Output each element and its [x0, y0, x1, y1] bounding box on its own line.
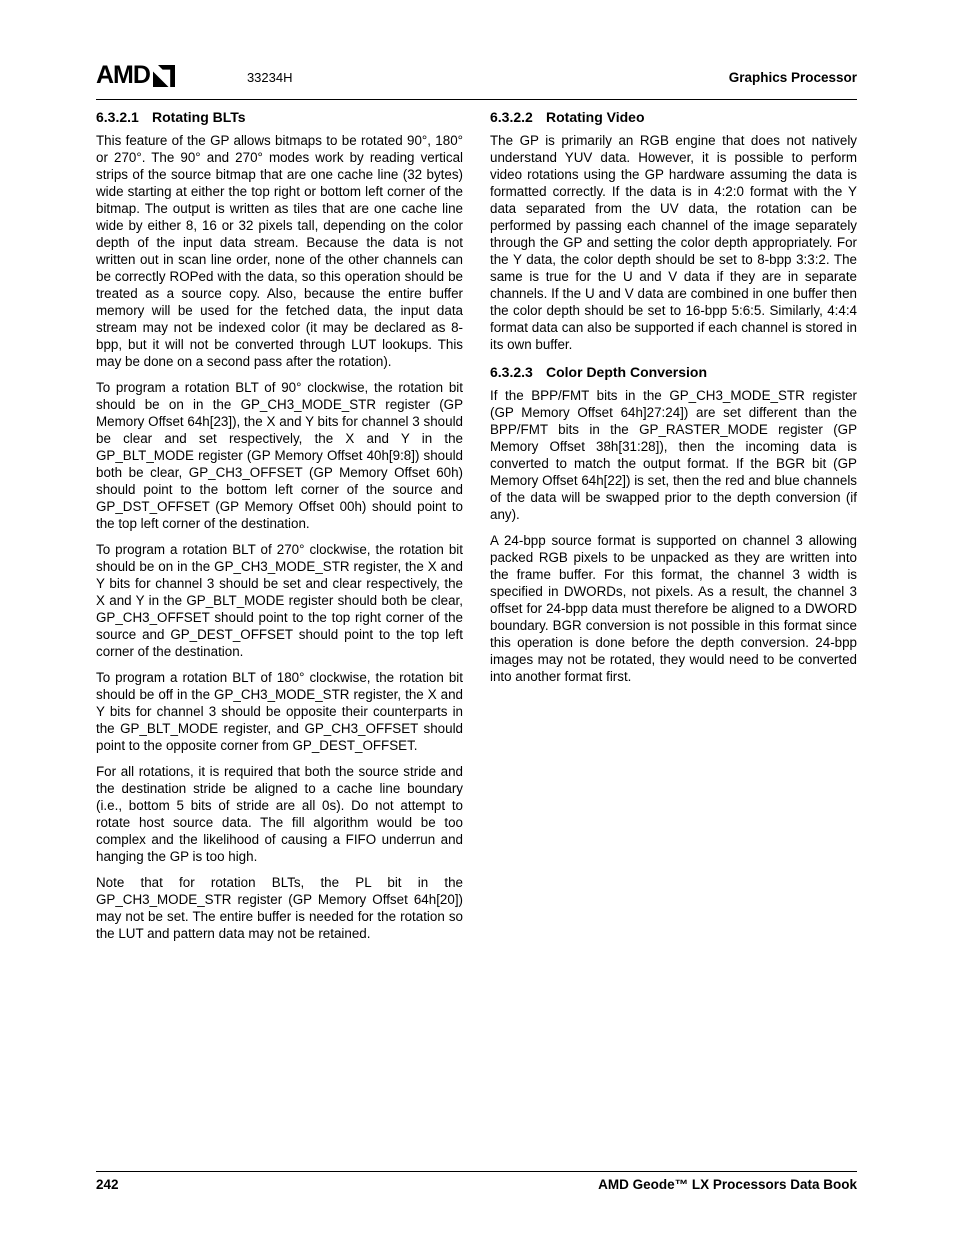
paragraph: The GP is primarily an RGB engine that d…: [490, 132, 857, 353]
paragraph: To program a rotation BLT of 180° clockw…: [96, 669, 463, 754]
paragraph: If the BPP/FMT bits in the GP_CH3_MODE_S…: [490, 387, 857, 523]
amd-arrow-icon: [153, 65, 175, 87]
page-body: 6.3.2.1Rotating BLTs This feature of the…: [96, 109, 857, 951]
section-title: Rotating BLTs: [152, 109, 246, 125]
page-header: AMD 33234H Graphics Processor: [96, 60, 857, 100]
section-heading-rotating-video: 6.3.2.2Rotating Video: [490, 109, 857, 125]
paragraph: For all rotations, it is required that b…: [96, 763, 463, 865]
paragraph: A 24-bpp source format is supported on c…: [490, 532, 857, 685]
paragraph: To program a rotation BLT of 90° clockwi…: [96, 379, 463, 532]
page-number: 242: [96, 1177, 119, 1192]
section-number: 6.3.2.2: [490, 109, 546, 125]
section-heading-color-depth-conversion: 6.3.2.3Color Depth Conversion: [490, 364, 857, 380]
section-number: 6.3.2.1: [96, 109, 152, 125]
right-column: 6.3.2.2Rotating Video The GP is primaril…: [490, 109, 857, 951]
section-title: Rotating Video: [546, 109, 645, 125]
amd-logo-text: AMD: [96, 63, 150, 88]
amd-logo: AMD: [96, 63, 175, 88]
paragraph: This feature of the GP allows bitmaps to…: [96, 132, 463, 370]
book-title: AMD Geode™ LX Processors Data Book: [598, 1177, 857, 1192]
page-footer: 242 AMD Geode™ LX Processors Data Book: [96, 1171, 857, 1192]
left-column: 6.3.2.1Rotating BLTs This feature of the…: [96, 109, 463, 951]
section-heading-rotating-blts: 6.3.2.1Rotating BLTs: [96, 109, 463, 125]
section-title: Color Depth Conversion: [546, 364, 707, 380]
section-number: 6.3.2.3: [490, 364, 546, 380]
document-page: AMD 33234H Graphics Processor 6.3.2.1Rot…: [0, 0, 954, 1235]
paragraph: To program a rotation BLT of 270° clockw…: [96, 541, 463, 660]
chapter-title: Graphics Processor: [729, 70, 857, 88]
doc-number: 33234H: [247, 70, 293, 88]
paragraph: Note that for rotation BLTs, the PL bit …: [96, 874, 463, 942]
